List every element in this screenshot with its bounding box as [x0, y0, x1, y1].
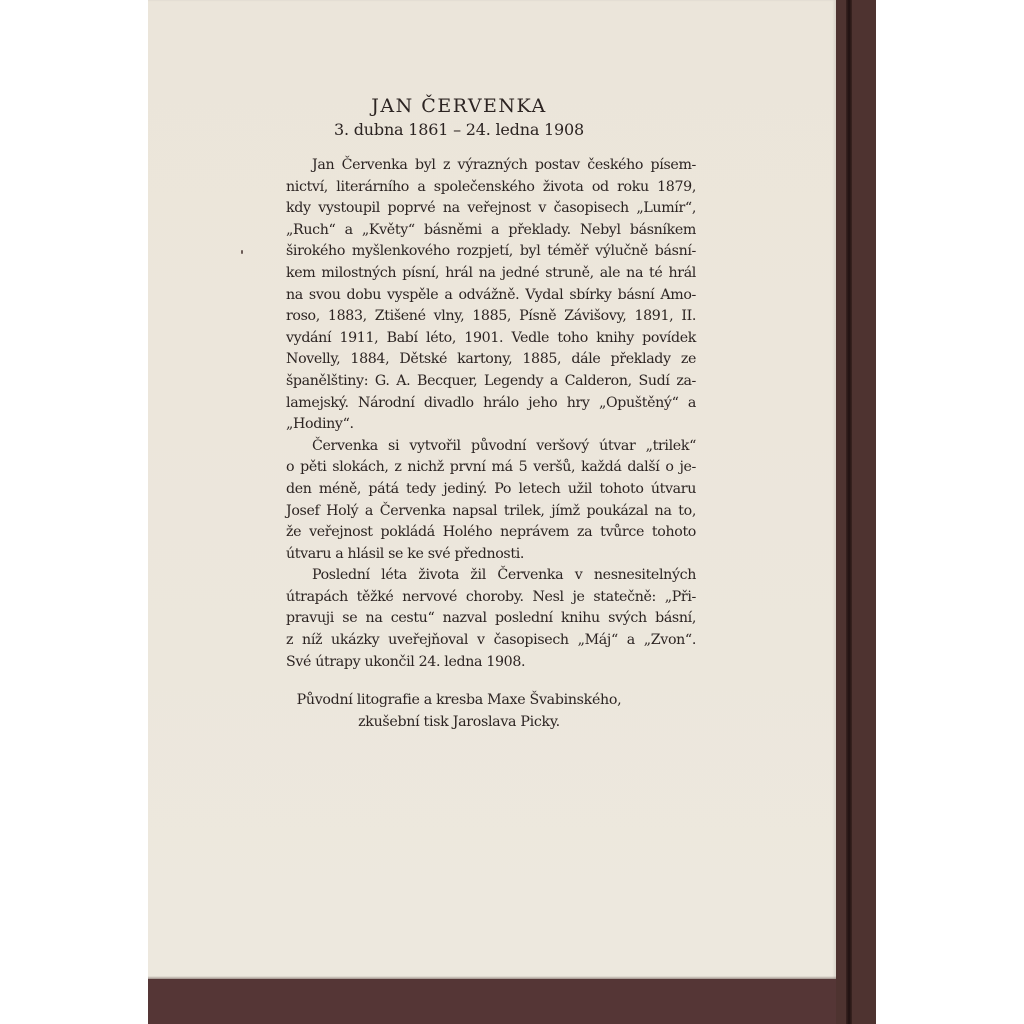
text-line: Červenka si vytvořil původní veršový útv…	[286, 436, 696, 458]
text-line: Poslední léta života žil Červenka v nesn…	[286, 565, 696, 587]
text-line: roso, 1883, Ztišené vlny, 1885, Písně Zá…	[286, 306, 696, 328]
credits-line: zkušební tisk Jaroslava Picky.	[115, 711, 803, 733]
paragraph: Červenka si vytvořil původní veršový útv…	[286, 436, 696, 566]
text-line: útvaru a hlásil se ke své přednosti.	[286, 544, 696, 566]
text-line: že veřejnost pokládá Holého neprávem za …	[286, 522, 696, 544]
text-line: kdy vystoupil poprvé na veřejnost v časo…	[286, 198, 696, 220]
paragraph: Poslední léta života žil Červenka v nesn…	[286, 565, 696, 673]
text-line: o pěti slokách, z nichž první má 5 veršů…	[286, 457, 696, 479]
text-line: pravuji se na cestu“ nazval poslední kni…	[286, 608, 696, 630]
backing-board-right	[836, 0, 876, 1024]
text-line: kem milostných písní, hrál na jedné stru…	[286, 263, 696, 285]
text-line: „Hodiny“.	[286, 414, 696, 436]
paper-speck	[241, 250, 243, 254]
text-line: vydání 1911, Babí léto, 1901. Vedle toho…	[286, 328, 696, 350]
text-line: Josef Holý a Červenka napsal trilek, jím…	[286, 501, 696, 523]
credits-line: Původní litografie a kresba Maxe Švabins…	[115, 689, 803, 711]
paragraph: Jan Červenka byl z výrazných postav česk…	[286, 155, 696, 436]
text-line: španělštiny: G. A. Becquer, Legendy a Ca…	[286, 371, 696, 393]
backing-board-shadow	[846, 0, 852, 1024]
scanned-page: JAN ČERVENKA 3. dubna 1861 – 24. ledna 1…	[0, 0, 1024, 1024]
text-line: útrapách těžké nervové choroby. Nesl je …	[286, 587, 696, 609]
life-dates: 3. dubna 1861 – 24. ledna 1908	[115, 120, 803, 139]
text-line: nictví, literárního a společenského živo…	[286, 177, 696, 199]
text-line: Své útrapy ukončil 24. ledna 1908.	[286, 652, 696, 674]
text-line: den méně, pátá tedy jediný. Po letech už…	[286, 479, 696, 501]
biography-text: Jan Červenka byl z výrazných postav česk…	[286, 155, 696, 673]
page-title: JAN ČERVENKA	[115, 95, 803, 117]
text-line: lamejský. Národní divadlo hrálo jeho hry…	[286, 393, 696, 415]
text-line: Novelly, 1884, Dětské kartony, 1885, dál…	[286, 349, 696, 371]
text-line: z níž ukázky uveřejňoval v časopisech „M…	[286, 630, 696, 652]
text-line: širokého myšlenkového rozpjetí, byl témě…	[286, 241, 696, 263]
backing-board-bottom	[148, 979, 876, 1024]
text-line: Jan Červenka byl z výrazných postav česk…	[286, 155, 696, 177]
text-line: „Ruch“ a „Květy“ básněmi a překlady. Neb…	[286, 220, 696, 242]
text-line: na svou dobu vyspěle a odvážně. Vydal sb…	[286, 285, 696, 307]
credits: Původní litografie a kresba Maxe Švabins…	[115, 689, 803, 733]
paper-edge	[148, 976, 836, 979]
